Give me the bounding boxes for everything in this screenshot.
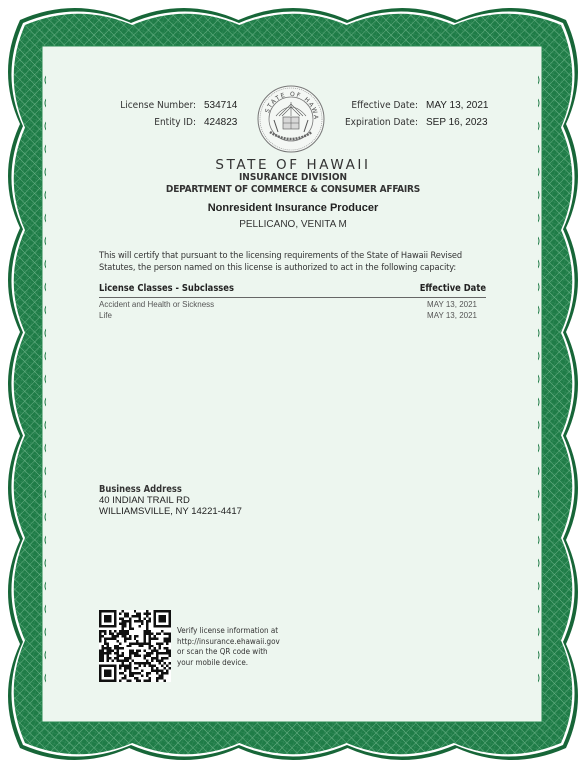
business-address: Business Address 40 INDIAN TRAIL RD WILL… [99,484,242,517]
effective-date-label: Effective Date: [300,100,418,111]
entity-id-label: Entity ID: [70,117,196,128]
table-row-class: Life [99,311,112,320]
issuer-division: INSURANCE DIVISION [0,172,586,183]
table-header-divider [99,297,486,298]
business-address-line-2: WILLIAMSVILLE, NY 14221-4417 [99,506,242,517]
issuer-state-title: STATE OF HAWAII [0,157,586,173]
license-type: Nonresident Insurance Producer [0,202,586,214]
table-row-date: MAY 13, 2021 [380,311,477,320]
verification-text: Verify license information at http://ins… [177,626,280,668]
verification-line-1: Verify license information at [177,626,280,637]
business-address-line-1: 40 INDIAN TRAIL RD [99,495,242,506]
entity-id-value: 424823 [204,117,237,128]
expiration-date-label: Expiration Date: [300,117,418,128]
business-address-heading: Business Address [99,484,242,495]
verification-line-4: your mobile device. [177,658,280,669]
license-number-label: License Number: [70,100,196,111]
classes-header: License Classes - Subclasses [99,283,234,294]
effective-date-header: Effective Date [380,283,486,294]
expiration-date-value: SEP 16, 2023 [426,117,488,128]
verification-line-3: or scan the QR code with [177,647,280,658]
verification-link[interactable]: http://insurance.ehawaii.gov [177,637,280,648]
certification-line-2: Statutes, the person named on this licen… [99,262,499,274]
license-number-value: 534714 [204,100,237,111]
issuer-department: DEPARTMENT OF COMMERCE & CONSUMER AFFAIR… [0,184,586,195]
qr-code-icon[interactable] [99,610,171,682]
certification-line-1: This will certify that pursuant to the l… [99,250,499,262]
effective-date-value: MAY 13, 2021 [426,100,488,111]
table-row-date: MAY 13, 2021 [380,300,477,309]
certification-text: This will certify that pursuant to the l… [99,250,499,274]
license-holder-name: PELLICANO, VENITA M [0,219,586,230]
table-row-class: Accident and Health or Sickness [99,300,214,309]
